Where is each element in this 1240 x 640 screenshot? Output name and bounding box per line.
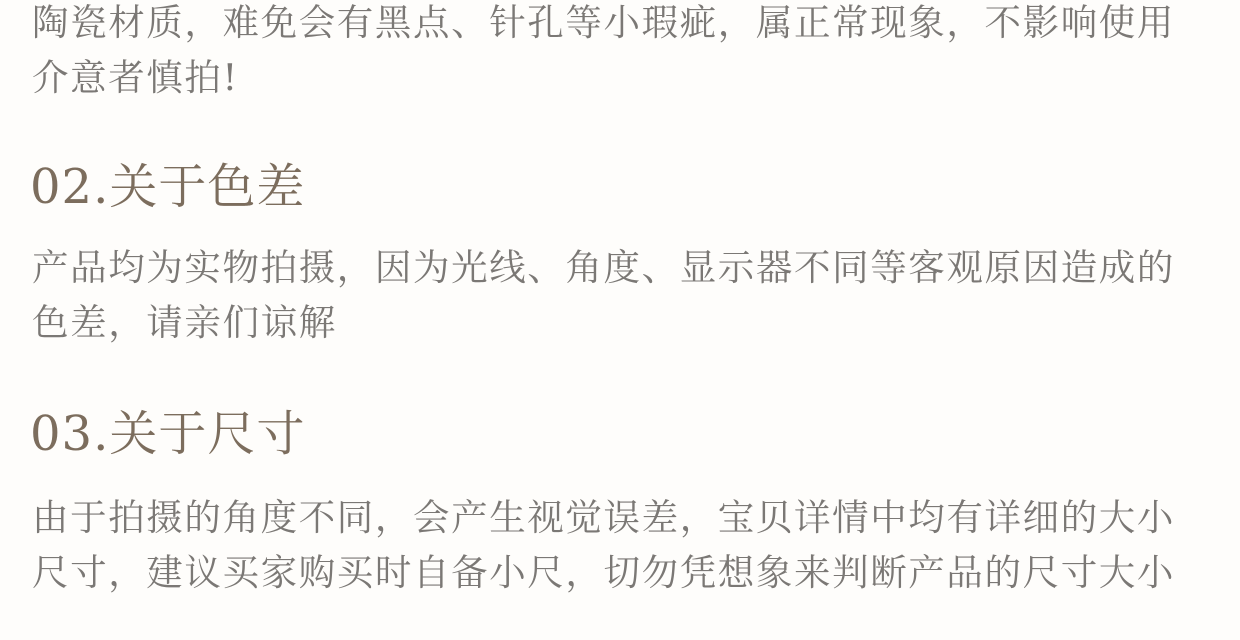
size-paragraph: 由于拍摄的角度不同，会产生视觉误差，宝贝详情中均有详细的大小 尺寸，建议买家购买…: [32, 490, 1222, 600]
section-heading-color-difference: 02.关于色差: [30, 157, 305, 217]
paragraph-line: 产品均为实物拍摄，因为光线、角度、显示器不同等客观原因造成的: [32, 240, 1222, 295]
paragraph-line: 色差，请亲们谅解: [32, 295, 1222, 350]
section-heading-size: 03.关于尺寸: [30, 404, 305, 464]
paragraph-line: 介意者慎拍!: [32, 50, 1222, 105]
paragraph-line: 陶瓷材质，难免会有黑点、针孔等小瑕疵，属正常现象，不影响使用: [32, 0, 1222, 50]
paragraph-line: 尺寸，建议买家购买时自备小尺，切勿凭想象来判断产品的尺寸大小: [32, 545, 1222, 600]
ceramic-flaw-paragraph: 陶瓷材质，难免会有黑点、针孔等小瑕疵，属正常现象，不影响使用 介意者慎拍!: [32, 0, 1222, 105]
paragraph-line: 由于拍摄的角度不同，会产生视觉误差，宝贝详情中均有详细的大小: [32, 490, 1222, 545]
color-difference-paragraph: 产品均为实物拍摄，因为光线、角度、显示器不同等客观原因造成的 色差，请亲们谅解: [32, 240, 1222, 350]
